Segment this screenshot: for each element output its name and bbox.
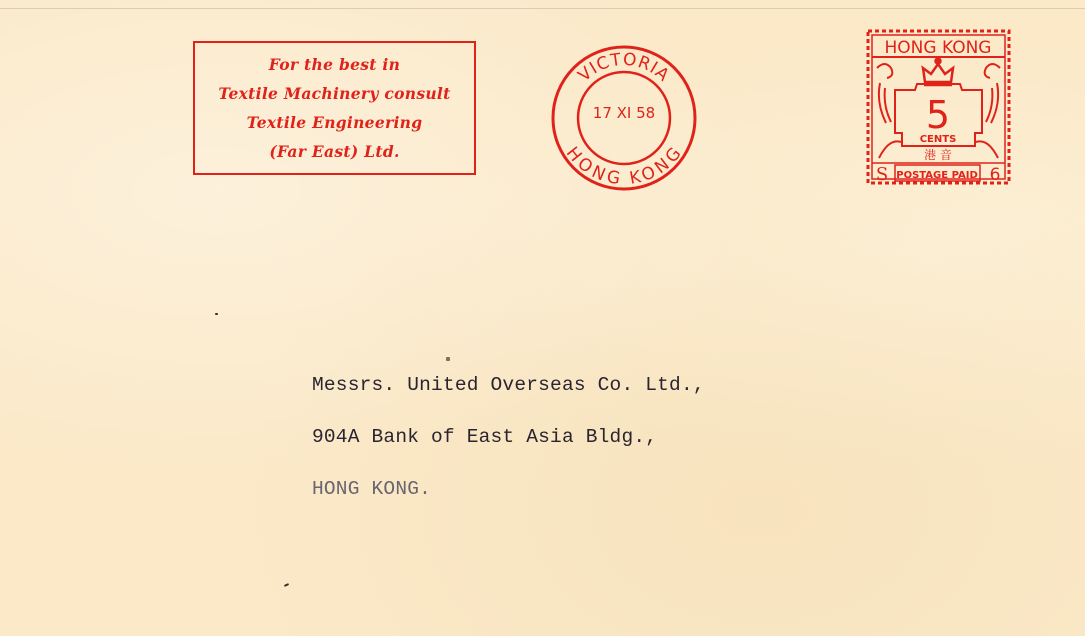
- meter-right-number: 6: [990, 165, 1001, 185]
- address-line-3: HONG KONG.: [312, 476, 705, 528]
- postmark-cancel: VICTORIA HONG KONG 17 XI 58: [549, 43, 699, 193]
- ad-line: (Far East) Ltd.: [269, 137, 399, 166]
- ad-line: For the best in: [269, 50, 400, 79]
- ink-speck: [284, 583, 289, 587]
- crown-icon: [923, 59, 953, 86]
- recipient-address: Messrs. United Overseas Co. Ltd., 904A B…: [312, 372, 705, 528]
- meter-chinese: 港 音: [924, 147, 952, 162]
- ad-line: Textile Machinery consult: [218, 79, 450, 108]
- postmark-bottom-text: HONG KONG: [562, 143, 686, 189]
- svg-text:HONG KONG: HONG KONG: [562, 143, 686, 189]
- meter-stamp: HONG KONG 5 CENTS 港 音 S 6 POSTAGE PAID: [865, 28, 1012, 186]
- ad-line: Textile Engineering: [247, 108, 423, 137]
- paper-fold-line: [0, 8, 1085, 9]
- address-line-1: Messrs. United Overseas Co. Ltd.,: [312, 372, 705, 424]
- postmark-date: 17 XI 58: [593, 104, 655, 122]
- ink-speck: [215, 313, 218, 315]
- meter-left-letter: S: [876, 164, 888, 185]
- meter-footer: POSTAGE PAID: [896, 170, 978, 181]
- meter-country: HONG KONG: [885, 38, 992, 58]
- advertisement-box: For the best in Textile Machinery consul…: [193, 41, 476, 175]
- meter-value: 5: [926, 93, 950, 137]
- address-line-2: 904A Bank of East Asia Bldg.,: [312, 424, 705, 476]
- ink-speck: [446, 357, 450, 361]
- meter-unit: CENTS: [920, 134, 957, 145]
